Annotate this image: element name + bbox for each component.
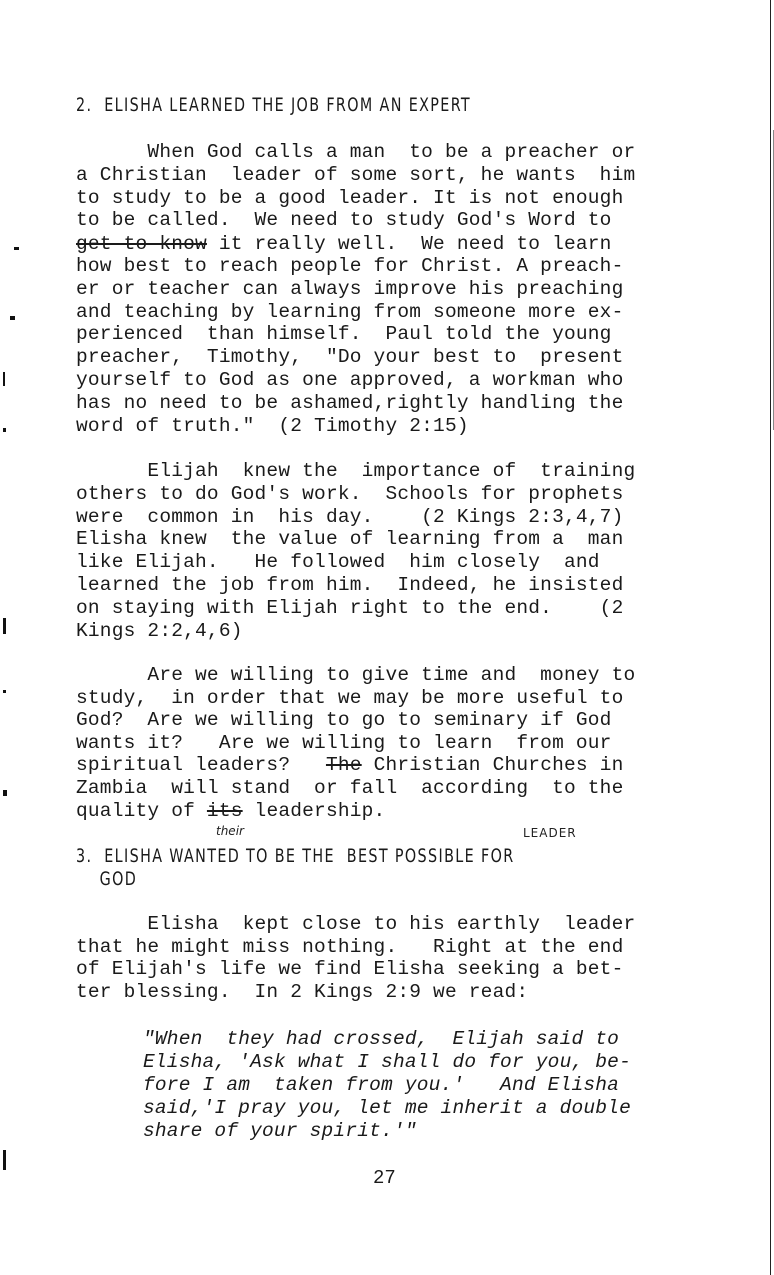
paragraph-3-line-6: Zambia will stand or fall according to t…: [76, 777, 624, 799]
text-line: were common in his day. (2 Kings 2:3,4,7…: [76, 506, 624, 528]
text-line: Elijah knew the importance of training: [76, 460, 635, 482]
text-line: like Elijah. He followed him closely and: [76, 551, 600, 573]
handwritten-their: their: [216, 824, 244, 838]
text-line: ter blessing. In 2 Kings 2:9 we read:: [76, 981, 528, 1003]
text-line: perienced than himself. Paul told the yo…: [76, 323, 612, 345]
text-line: to study to be a good leader. It is not …: [76, 187, 624, 209]
page-number: 27: [373, 1167, 396, 1189]
scan-mark: [3, 618, 6, 634]
scan-mark: [10, 316, 15, 320]
text-line: wants it? Are we willing to learn from o…: [76, 732, 612, 754]
text-line: er or teacher can always improve his pre…: [76, 278, 624, 300]
text-line: Elisha, 'Ask what I shall do for you, be…: [143, 1051, 631, 1073]
paragraph-3-line-7: quality of its leadership.: [76, 800, 385, 822]
scan-mark: [14, 247, 19, 250]
text-line: share of your spirit.'": [143, 1120, 417, 1142]
text-line: Elisha knew the value of learning from a…: [76, 528, 624, 550]
text-line: how best to reach people for Christ. A p…: [76, 255, 624, 277]
scan-mark: [3, 428, 6, 432]
text-line: study, in order that we may be more usef…: [76, 687, 624, 709]
text-line: on staying with Elijah right to the end.…: [76, 597, 624, 619]
text-line: Kings 2:2,4,6): [76, 620, 243, 642]
text-line: that he might miss nothing. Right at the…: [76, 936, 624, 958]
scan-mark: [3, 1150, 6, 1170]
page-edge-line: [770, 0, 771, 1275]
text-line: others to do God's work. Schools for pro…: [76, 483, 624, 505]
text-line: said,'I pray you, let me inherit a doubl…: [143, 1097, 631, 1119]
section-heading-2: 2. ELISHA LEARNED THE JOB FROM AN EXPERT: [76, 95, 471, 116]
section-heading-3-cont: GOD: [76, 869, 137, 890]
text-line: Are we willing to give time and money to: [76, 664, 635, 686]
paragraph-1-line-5: get to know it really well. We need to l…: [76, 233, 612, 255]
handwritten-leader: LEADER: [523, 826, 577, 840]
scan-mark: [3, 690, 6, 693]
text-line: has no need to be ashamed,rightly handli…: [76, 392, 624, 414]
section-heading-3: 3. ELISHA WANTED TO BE THE BEST POSSIBLE…: [76, 846, 515, 867]
text-line: learned the job from him. Indeed, he ins…: [76, 574, 624, 596]
text-line: to be called. We need to study God's Wor…: [76, 209, 612, 231]
text-line: a Christian leader of some sort, he want…: [76, 164, 635, 186]
text-line: and teaching by learning from someone mo…: [76, 301, 624, 323]
text-line: God? Are we willing to go to seminary if…: [76, 709, 612, 731]
text-line: word of truth." (2 Timothy 2:15): [76, 415, 469, 437]
struck-text: get to know: [76, 233, 207, 255]
paragraph-3-line-5: spiritual leaders? The Christian Churche…: [76, 754, 624, 776]
text-line: When God calls a man to be a preacher or: [76, 141, 635, 163]
text-line: of Elijah's life we find Elisha seeking …: [76, 958, 624, 980]
text-line: fore I am taken from you.' And Elisha: [143, 1074, 619, 1096]
scan-mark: [3, 790, 7, 796]
text-line: Elisha kept close to his earthly leader: [76, 913, 635, 935]
text-line: "When they had crossed, Elijah said to: [143, 1028, 619, 1050]
text-line: preacher, Timothy, "Do your best to pres…: [76, 346, 624, 368]
text-line: yourself to God as one approved, a workm…: [76, 369, 624, 391]
scan-mark: [3, 372, 5, 386]
